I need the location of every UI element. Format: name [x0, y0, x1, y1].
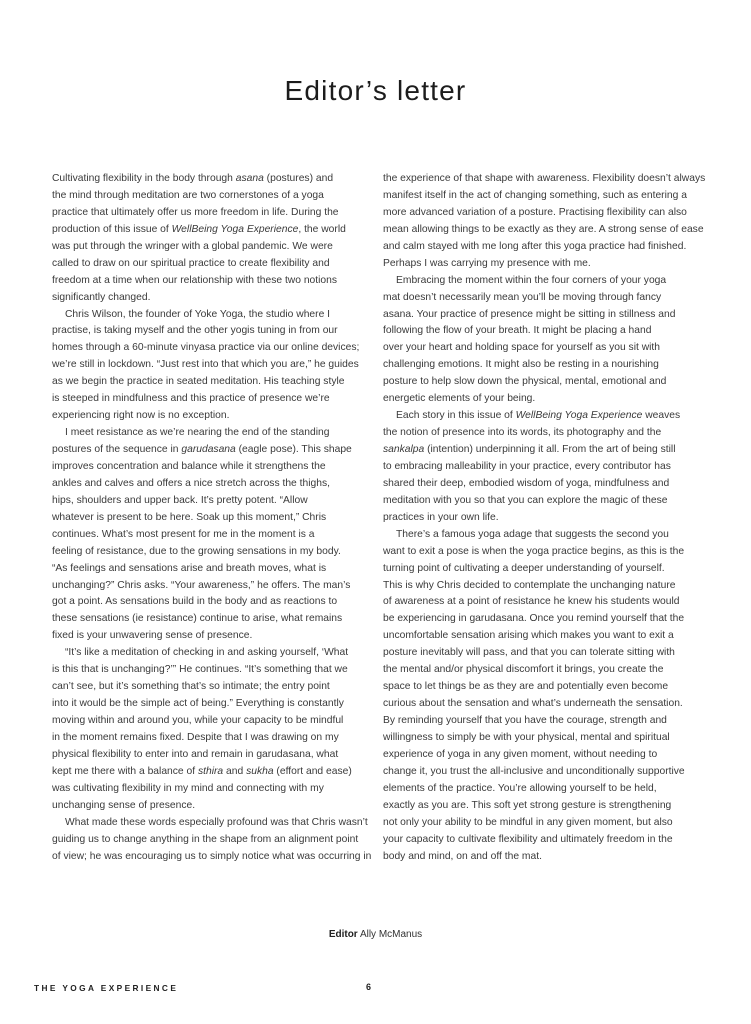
text-line: Perhaps I was carrying my presence with … — [383, 256, 703, 273]
text-line: change it, you trust the all-inclusive a… — [383, 764, 703, 781]
text-line: practice that ultimately offer us more f… — [52, 205, 372, 222]
text-line: in the moment remains fixed. Despite tha… — [52, 730, 372, 747]
italic-term: WellBeing Yoga Experience — [516, 410, 643, 421]
text-line: production of this issue of WellBeing Yo… — [52, 222, 372, 239]
text-line: By reminding yourself that you have the … — [383, 713, 703, 730]
text-line: be experiencing in garudasana. Once you … — [383, 611, 703, 628]
text-line: space to let things be as they are and p… — [383, 679, 703, 696]
text-line: mean allowing things to be exactly as th… — [383, 222, 703, 239]
text-line: unchanging?” Chris asks. “Your awareness… — [52, 578, 372, 595]
text-line: over your heart and holding space for yo… — [383, 340, 703, 357]
italic-term: sankalpa — [383, 444, 424, 455]
text-line: exactly as you are. This soft yet strong… — [383, 798, 703, 815]
text-line: is steeped in mindfulness and this pract… — [52, 391, 372, 408]
text-line: the notion of presence into its words, i… — [383, 425, 703, 442]
text-line: can’t see, but it’s something that’s so … — [52, 679, 372, 696]
text-line: your capacity to cultivate flexibility a… — [383, 832, 703, 849]
text-line: Embracing the moment within the four cor… — [383, 273, 703, 290]
text-line: whatever is present to be here. Soak up … — [52, 510, 372, 527]
text-line: was put through the wringer with a globa… — [52, 239, 372, 256]
text-line: as we begin the practice in seated medit… — [52, 374, 372, 391]
text-line: these sensations (ie resistance) continu… — [52, 611, 372, 628]
text-line: want to exit a pose is when the yoga pra… — [383, 544, 703, 561]
text-line: This is why Chris decided to contemplate… — [383, 578, 703, 595]
text-line: to embracing malleability in your practi… — [383, 459, 703, 476]
text-line: kept me there with a balance of sthira a… — [52, 764, 372, 781]
text-line: posture inevitably will pass, and that y… — [383, 645, 703, 662]
text-line: What made these words especially profoun… — [52, 815, 372, 832]
text-line: challenging emotions. It might also be r… — [383, 357, 703, 374]
text-line: the mental and/or physical discomfort it… — [383, 662, 703, 679]
italic-term: sthira — [198, 766, 223, 777]
text-line: Cultivating flexibility in the body thro… — [52, 171, 372, 188]
text-line: into it would be the simple act of being… — [52, 696, 372, 713]
text-line: unchanging sense of presence. — [52, 798, 372, 815]
page-title: Editor’s letter — [0, 75, 751, 107]
text-line: the experience of that shape with awaren… — [383, 171, 703, 188]
footer-publication-name: THE YOGA EXPERIENCE — [34, 983, 178, 993]
text-line: posture to help slow down the physical, … — [383, 374, 703, 391]
footer-page-number: 6 — [366, 982, 371, 992]
text-line: continues. What’s most present for me in… — [52, 527, 372, 544]
text-line: body and mind, on and off the mat. — [383, 849, 703, 866]
text-line: moving within and around you, while your… — [52, 713, 372, 730]
signature-role: Editor — [329, 929, 358, 940]
text-line: practise, is taking myself and the other… — [52, 323, 372, 340]
text-line: shared their deep, embodied wisdom of yo… — [383, 476, 703, 493]
italic-term: asana — [236, 173, 264, 184]
text-line: turning point of cultivating a deeper un… — [383, 561, 703, 578]
text-line: uncomfortable sensation arising which ma… — [383, 628, 703, 645]
text-line: willingness to simply be with your physi… — [383, 730, 703, 747]
text-line: hips, shoulders and upper back. It’s pre… — [52, 493, 372, 510]
text-line: ankles and calves and offers a nice stre… — [52, 476, 372, 493]
text-line: got a point. As sensations build in the … — [52, 594, 372, 611]
text-line: feeling of resistance, due to the growin… — [52, 544, 372, 561]
italic-term: sukha — [246, 766, 273, 777]
text-line: was cultivating flexibility in my mind a… — [52, 781, 372, 798]
italic-term: WellBeing Yoga Experience — [172, 224, 299, 235]
text-line: significantly changed. — [52, 290, 372, 307]
text-line: “It’s like a meditation of checking in a… — [52, 645, 372, 662]
text-line: meditation with you so that you can expl… — [383, 493, 703, 510]
text-line: more advanced variation of a posture. Pr… — [383, 205, 703, 222]
text-line: curious about the sensation and what’s u… — [383, 696, 703, 713]
text-line: physical flexibility to enter into and r… — [52, 747, 372, 764]
text-line: I meet resistance as we’re nearing the e… — [52, 425, 372, 442]
text-line: energetic elements of your being. — [383, 391, 703, 408]
italic-term: garudasana — [181, 444, 235, 455]
text-line: “As feelings and sensations arise and br… — [52, 561, 372, 578]
text-line: There’s a famous yoga adage that suggest… — [383, 527, 703, 544]
text-line: improves concentration and balance while… — [52, 459, 372, 476]
text-line: following the flow of your breath. It mi… — [383, 323, 703, 340]
text-line: fixed is your unwavering sense of presen… — [52, 628, 372, 645]
article-column-left: Cultivating flexibility in the body thro… — [52, 171, 372, 865]
text-line: of awareness at a point of resistance he… — [383, 594, 703, 611]
text-line: called to draw on our spiritual practice… — [52, 256, 372, 273]
text-line: not only your ability to be mindful in a… — [383, 815, 703, 832]
text-line: sankalpa (intention) underpinning it all… — [383, 442, 703, 459]
text-line: Each story in this issue of WellBeing Yo… — [383, 408, 703, 425]
article-column-right: the experience of that shape with awaren… — [383, 171, 703, 865]
text-line: experiencing right now is no exception. — [52, 408, 372, 425]
text-line: asana. Your practice of presence might b… — [383, 307, 703, 324]
text-line: and calm stayed with me long after this … — [383, 239, 703, 256]
text-line: we’re still in lockdown. “Just rest into… — [52, 357, 372, 374]
text-line: guiding us to change anything in the sha… — [52, 832, 372, 849]
signature-name: Ally McManus — [360, 929, 422, 940]
text-line: the mind through meditation are two corn… — [52, 188, 372, 205]
text-line: postures of the sequence in garudasana (… — [52, 442, 372, 459]
text-line: elements of the practice. You’re allowin… — [383, 781, 703, 798]
text-line: experience of yoga in any given moment, … — [383, 747, 703, 764]
editor-signature: Editor Ally McManus — [0, 929, 751, 940]
text-line: is this that is unchanging?’” He continu… — [52, 662, 372, 679]
text-line: Chris Wilson, the founder of Yoke Yoga, … — [52, 307, 372, 324]
text-line: manifest itself in the act of changing s… — [383, 188, 703, 205]
text-line: homes through a 60-minute vinyasa practi… — [52, 340, 372, 357]
text-line: of view; he was encouraging us to simply… — [52, 849, 372, 866]
text-line: mat doesn’t necessarily mean you’ll be m… — [383, 290, 703, 307]
text-line: freedom at a time when our relationship … — [52, 273, 372, 290]
text-line: practices in your own life. — [383, 510, 703, 527]
